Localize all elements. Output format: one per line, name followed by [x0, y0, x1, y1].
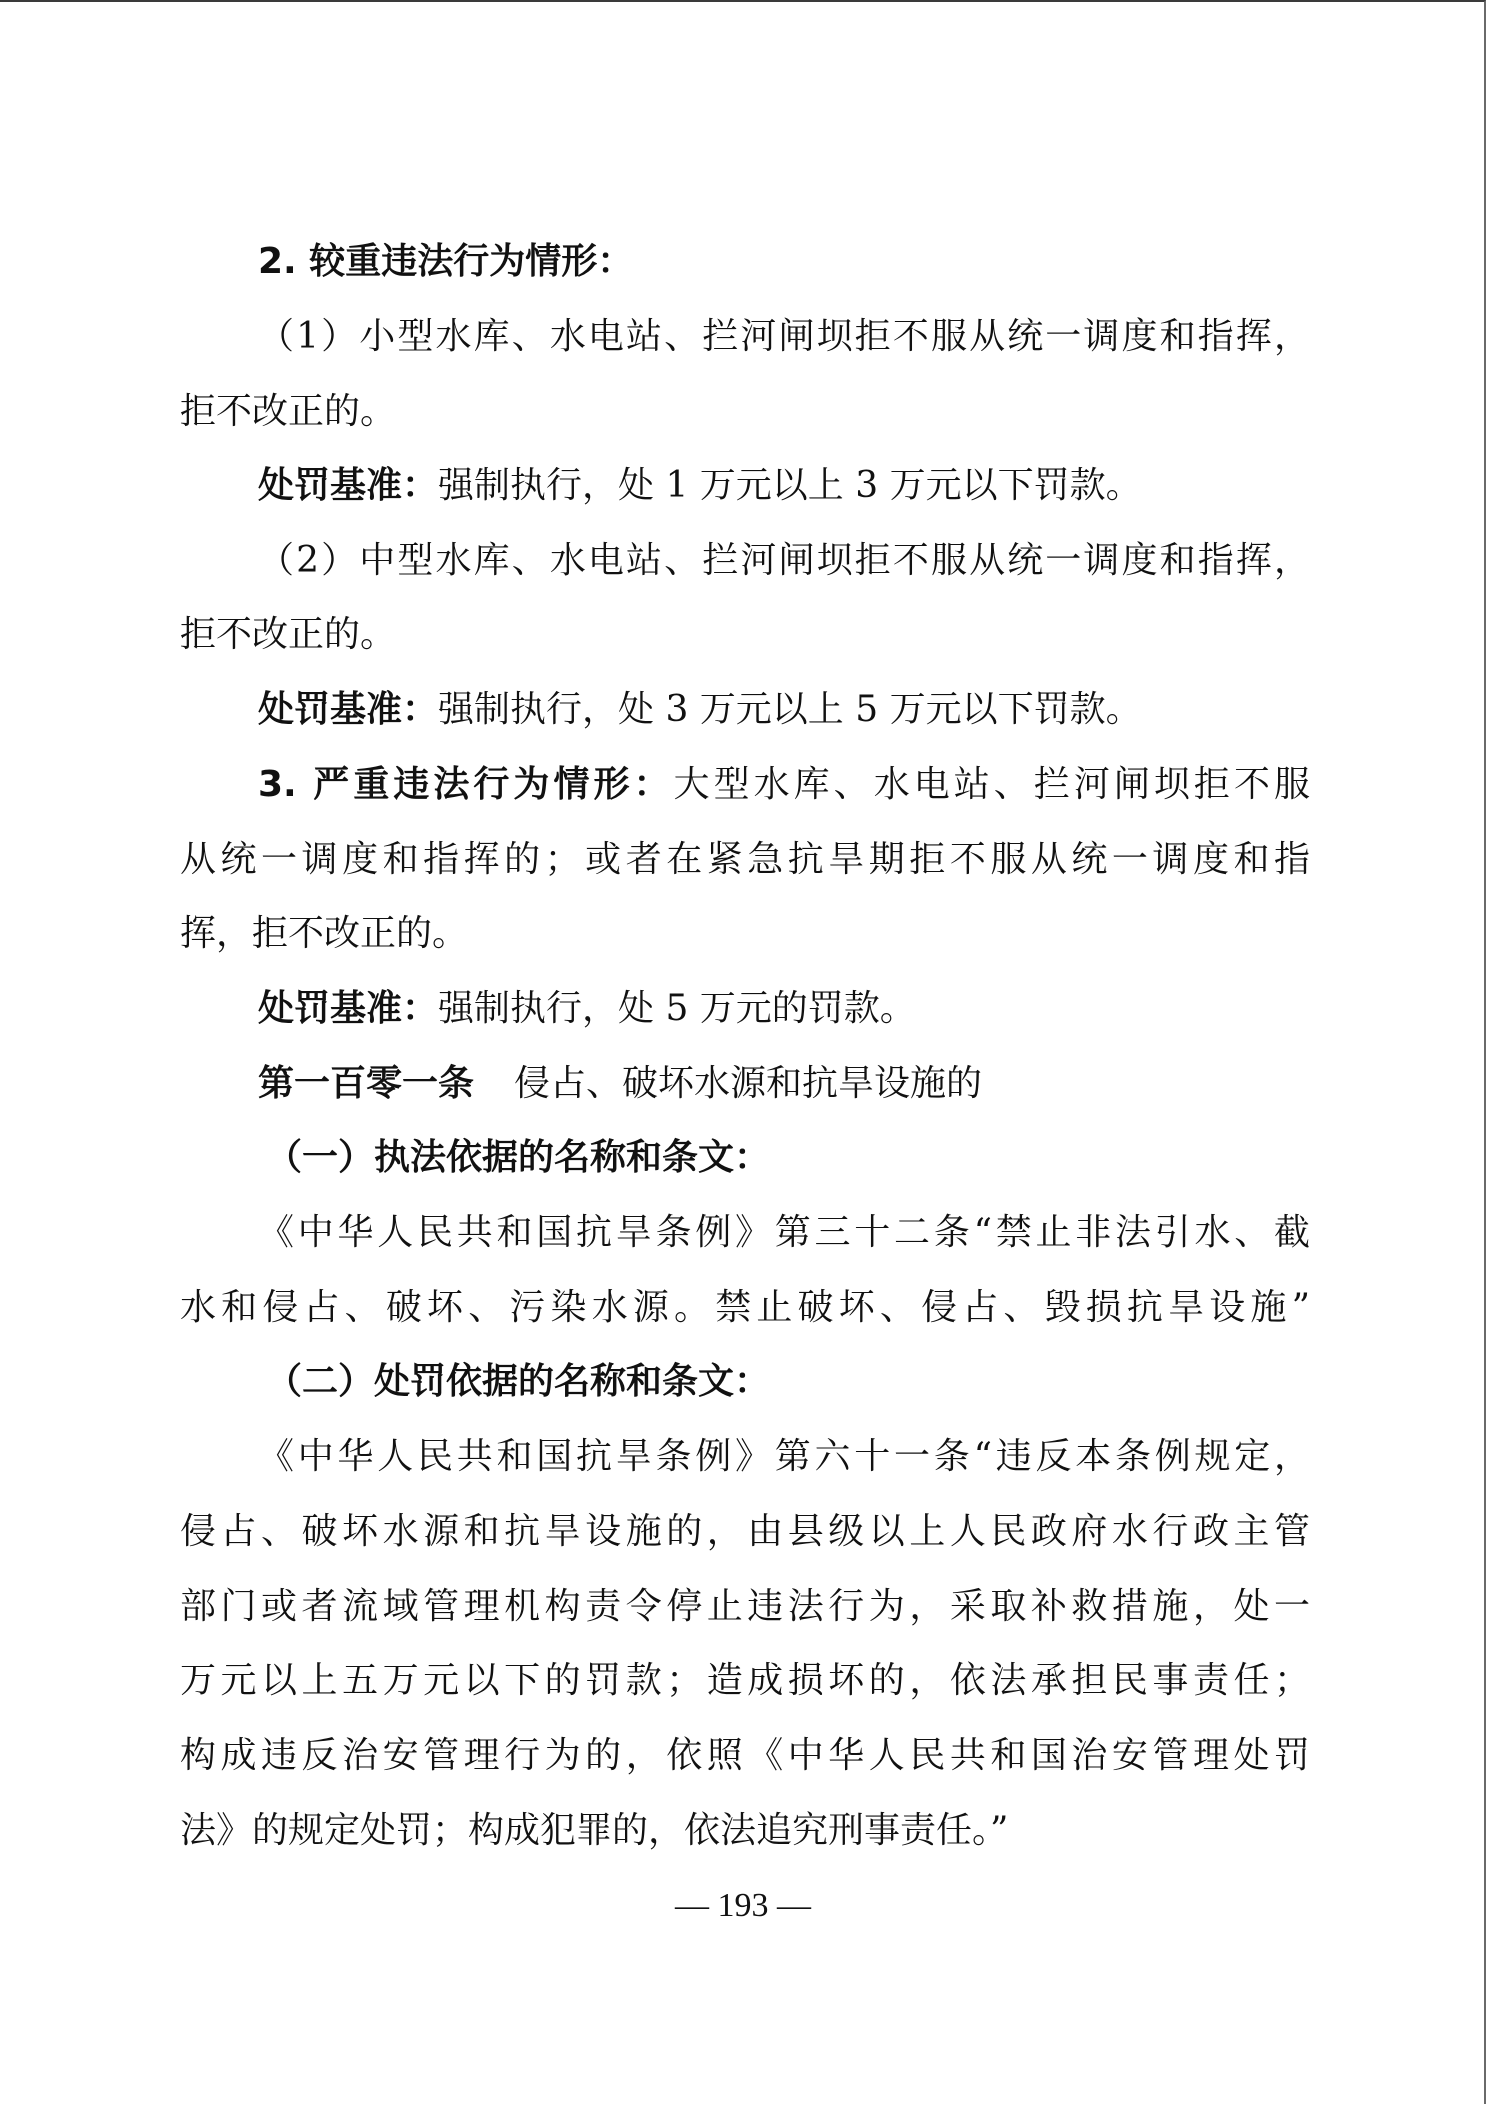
penalty-label: 处罚基准：	[258, 465, 438, 506]
paragraph-line: 法》的规定处罚；构成犯罪的，依法追究刑事责任。”	[180, 1807, 1310, 1855]
body-text: 法》的规定处罚；构成犯罪的，依法追究刑事责任。”	[180, 1810, 1008, 1851]
paragraph-line: 构成违反治安管理行为的，依照《中华人民共和国治安管理处罚	[180, 1732, 1310, 1780]
body-text: 《中华人民共和国抗旱条例》第六十一条“违反本条例规定，	[258, 1436, 1310, 1477]
article-number: 第一百零一条	[258, 1063, 474, 1104]
subheading-text: （二）处罚依据的名称和条文：	[266, 1361, 770, 1402]
document-page: 2. 较重违法行为情形： （1）小型水库、水电站、拦河闸坝拒不服从统一调度和指挥…	[0, 0, 1486, 2104]
paragraph-line: 万元以上五万元以下的罚款；造成损坏的，依法承担民事责任；	[180, 1657, 1310, 1705]
heading-text: 2. 较重违法行为情形：	[258, 241, 633, 282]
body-text: 拒不改正的。	[180, 614, 396, 655]
article-subject: 侵占、破坏水源和抗旱设施的	[514, 1063, 982, 1104]
subheading-text: （一）执法依据的名称和条文：	[266, 1137, 770, 1178]
penalty-text: 强制执行，处 1 万元以上 3 万元以下罚款。	[438, 465, 1142, 506]
article-101-title: 第一百零一条侵占、破坏水源和抗旱设施的	[258, 1060, 1310, 1108]
heading-text: 3. 严重违法行为情形：	[258, 764, 674, 805]
body-text: 《中华人民共和国抗旱条例》第三十二条“禁止非法引水、截	[258, 1212, 1310, 1253]
subheading-penalty-basis: （二）处罚依据的名称和条文：	[266, 1358, 1310, 1406]
body-text: 构成违反治安管理行为的，依照《中华人民共和国治安管理处罚	[180, 1735, 1310, 1776]
paragraph-line: 拒不改正的。	[180, 388, 1310, 436]
paragraph-line: 部门或者流域管理机构责令停止违法行为，采取补救措施，处一	[180, 1583, 1310, 1631]
body-text: 部门或者流域管理机构责令停止违法行为，采取补救措施，处一	[180, 1586, 1310, 1627]
body-text: （2）中型水库、水电站、拦河闸坝拒不服从统一调度和指挥，	[258, 540, 1310, 581]
penalty-text: 强制执行，处 3 万元以上 5 万元以下罚款。	[438, 689, 1142, 730]
paragraph-line: 从统一调度和指挥的；或者在紧急抗旱期拒不服从统一调度和指	[180, 836, 1310, 884]
paragraph-line: 《中华人民共和国抗旱条例》第三十二条“禁止非法引水、截	[258, 1209, 1310, 1257]
body-text: 挥，拒不改正的。	[180, 913, 468, 954]
penalty-text: 强制执行，处 5 万元的罚款。	[438, 988, 916, 1029]
paragraph-line: 水和侵占、破坏、污染水源。禁止破坏、侵占、毁损抗旱设施”	[180, 1284, 1310, 1332]
body-text: 从统一调度和指挥的；或者在紧急抗旱期拒不服从统一调度和指	[180, 839, 1310, 880]
penalty-standard-2: 处罚基准：强制执行，处 3 万元以上 5 万元以下罚款。	[258, 686, 1310, 734]
penalty-standard-1: 处罚基准：强制执行，处 1 万元以上 3 万元以下罚款。	[258, 462, 1310, 510]
subheading-enforcement-basis: （一）执法依据的名称和条文：	[266, 1134, 1310, 1182]
paragraph-line: （2）中型水库、水电站、拦河闸坝拒不服从统一调度和指挥，	[258, 537, 1310, 585]
body-text: 侵占、破坏水源和抗旱设施的，由县级以上人民政府水行政主管	[180, 1511, 1310, 1552]
paragraph-line: 侵占、破坏水源和抗旱设施的，由县级以上人民政府水行政主管	[180, 1508, 1310, 1556]
paragraph-line: 《中华人民共和国抗旱条例》第六十一条“违反本条例规定，	[258, 1433, 1310, 1481]
body-text: 大型水库、水电站、拦河闸坝拒不服	[674, 764, 1310, 805]
body-text: 拒不改正的。	[180, 391, 396, 432]
penalty-label: 处罚基准：	[258, 988, 438, 1029]
body-text: （1）小型水库、水电站、拦河闸坝拒不服从统一调度和指挥，	[258, 316, 1310, 357]
heading-serious-violation: 3. 严重违法行为情形：大型水库、水电站、拦河闸坝拒不服	[258, 761, 1310, 809]
paragraph-line: （1）小型水库、水电站、拦河闸坝拒不服从统一调度和指挥，	[258, 313, 1310, 361]
body-text: 水和侵占、破坏、污染水源。禁止破坏、侵占、毁损抗旱设施”	[180, 1287, 1310, 1328]
paragraph-line: 拒不改正的。	[180, 611, 1310, 659]
heading-moderate-violation: 2. 较重违法行为情形：	[258, 238, 1310, 286]
page-number: — 193 —	[0, 1882, 1486, 1930]
paragraph-line: 挥，拒不改正的。	[180, 910, 1310, 958]
penalty-label: 处罚基准：	[258, 689, 438, 730]
body-text: 万元以上五万元以下的罚款；造成损坏的，依法承担民事责任；	[180, 1660, 1310, 1701]
penalty-standard-3: 处罚基准：强制执行，处 5 万元的罚款。	[258, 985, 1310, 1033]
